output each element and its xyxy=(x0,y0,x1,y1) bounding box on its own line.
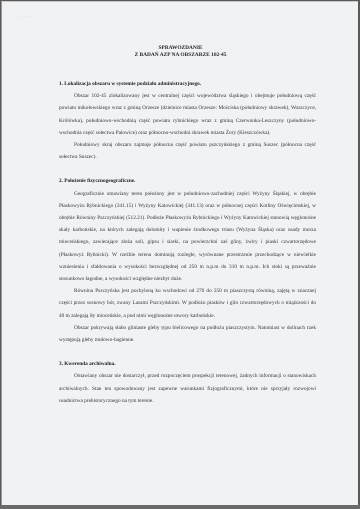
section-1: 1. Lokalizacja obszaru w systemie podzia… xyxy=(59,78,316,163)
section-heading: 1. Lokalizacja obszaru w systemie podzia… xyxy=(59,78,316,90)
document-body: 1. Lokalizacja obszaru w systemie podzia… xyxy=(59,78,316,407)
paragraph: Obszar pokrywają słabo gliniaste gleby t… xyxy=(59,322,316,346)
section-3: 3. Kwerenda archiwalna. Omawiany obszar … xyxy=(59,358,316,407)
document-page: . · · · SPRAWOZDANIE Z BADAŃ AZP NA OBSZ… xyxy=(1,1,358,506)
section-2: 2. Położenie fizycznogeograficzne. Geogr… xyxy=(59,175,316,346)
title-line-2: Z BADAŃ AZP NA OBSZARZE 102-45 xyxy=(2,52,359,59)
section-heading: 2. Położenie fizycznogeograficzne. xyxy=(59,175,316,187)
paragraph: Równina Pszczyńska jest pochyloną ku wsc… xyxy=(59,285,316,322)
paragraph: Geograficznie omawiany teren położony je… xyxy=(59,188,316,286)
paragraph: Omawiany obszar nie dostarczył, przed ro… xyxy=(59,370,316,407)
document-title: SPRAWOZDANIE Z BADAŃ AZP NA OBSZARZE 102… xyxy=(2,45,359,59)
corner-mark: . · · · xyxy=(19,15,32,19)
section-heading: 3. Kwerenda archiwalna. xyxy=(59,358,316,370)
paragraph: Południowy skraj obszaru zajmuje północn… xyxy=(59,139,316,163)
paragraph: Obszar 102-45 zlokalizowany jest w centr… xyxy=(59,90,316,139)
scan-bottom-edge xyxy=(0,505,360,509)
